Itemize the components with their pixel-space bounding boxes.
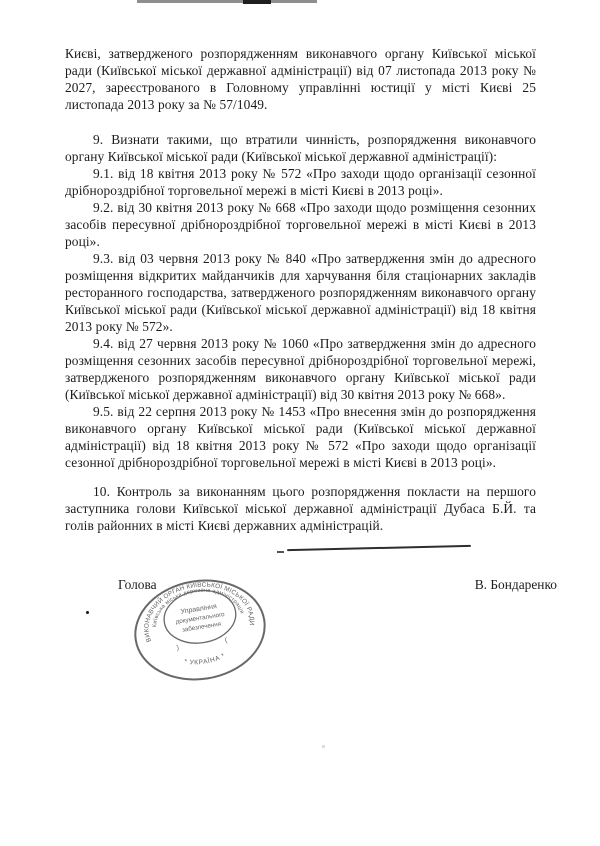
paragraph-8-continuation: Києві, затвердженого розпорядженням вико… bbox=[65, 45, 536, 113]
signature-name: В. Бондаренко bbox=[475, 577, 557, 593]
scan-artifact-speck bbox=[322, 745, 325, 748]
scan-artifact-top-bar bbox=[137, 0, 317, 3]
paragraph-10: 10. Контроль за виконанням цього розпоря… bbox=[65, 483, 536, 534]
scan-artifact-strike-line bbox=[287, 545, 471, 551]
paragraph-9-5: 9.5. від 22 серпня 2013 року № 1453 «Про… bbox=[65, 403, 536, 471]
paragraph-9: 9. Визнати такими, що втратили чинність,… bbox=[65, 131, 536, 165]
svg-text:* УКРАЇНА *: * УКРАЇНА * bbox=[183, 652, 227, 669]
stamp-right-bracket: ( bbox=[224, 637, 228, 644]
document-text-block: Києві, затвердженого розпорядженням вико… bbox=[65, 45, 536, 534]
paragraph-9-2: 9.2. від 30 квітня 2013 року № 668 «Про … bbox=[65, 199, 536, 250]
paragraph-9-3: 9.3. від 03 червня 2013 року № 840 «Про … bbox=[65, 250, 536, 335]
stamp-left-bracket: ) bbox=[176, 645, 179, 652]
scan-artifact-top-bar-dark-segment bbox=[243, 0, 271, 4]
scanned-document-page: Києві, затвердженого розпорядженням вико… bbox=[0, 0, 600, 846]
paragraph-9-1: 9.1. від 18 квітня 2013 року № 572 «Про … bbox=[65, 165, 536, 199]
scan-artifact-ink-dot bbox=[86, 611, 89, 614]
scan-artifact-strike-dash bbox=[277, 551, 284, 553]
stamp-bottom-arc-text: * УКРАЇНА * bbox=[183, 652, 227, 669]
official-stamp: ВИКОНАВЧИЙ ОРГАН КИЇВСЬКОЇ МІСЬКОЇ РАДИ … bbox=[125, 572, 275, 692]
paragraph-9-4: 9.4. від 27 червня 2013 року № 1060 «Про… bbox=[65, 335, 536, 403]
